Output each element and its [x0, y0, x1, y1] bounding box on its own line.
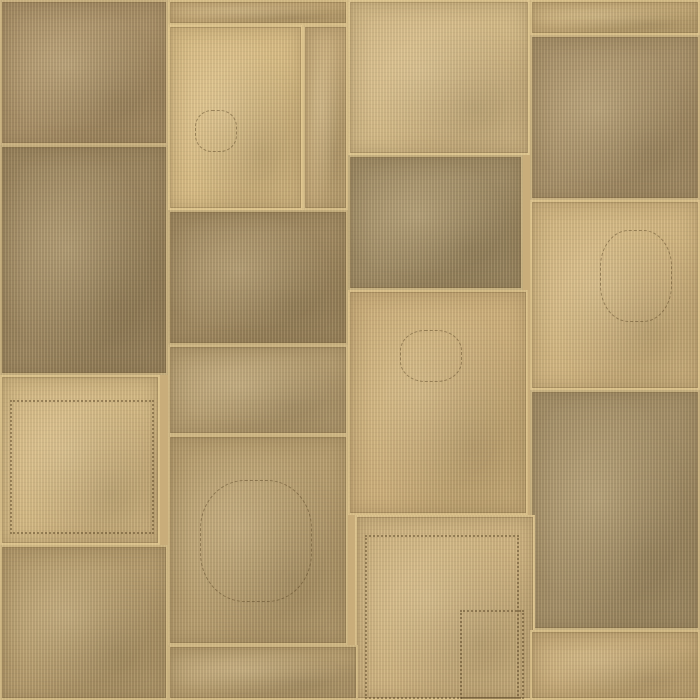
- rug-patch: [0, 545, 168, 700]
- rug-patch: [303, 25, 348, 210]
- rug-patch: [0, 0, 168, 145]
- rug-patch: [168, 345, 348, 435]
- rug-patch: [348, 0, 530, 155]
- rug-patch: [530, 35, 700, 200]
- rug-patch: [348, 155, 523, 290]
- floral-motif: [600, 230, 672, 322]
- rug-patch: [168, 0, 348, 25]
- patchwork-rug-image: [0, 0, 700, 700]
- rug-patch: [530, 390, 700, 630]
- floral-motif: [200, 480, 312, 602]
- rug-patch: [168, 25, 303, 210]
- rug-patch: [168, 210, 348, 345]
- floral-motif: [195, 110, 237, 152]
- rug-patch: [348, 290, 528, 515]
- rug-patch: [530, 0, 700, 35]
- lattice-motif: [10, 400, 154, 534]
- floral-motif: [400, 330, 462, 382]
- rug-patch: [168, 645, 358, 700]
- rug-patch: [0, 145, 168, 375]
- inner-border-motif: [460, 610, 524, 699]
- rug-patch: [530, 630, 700, 700]
